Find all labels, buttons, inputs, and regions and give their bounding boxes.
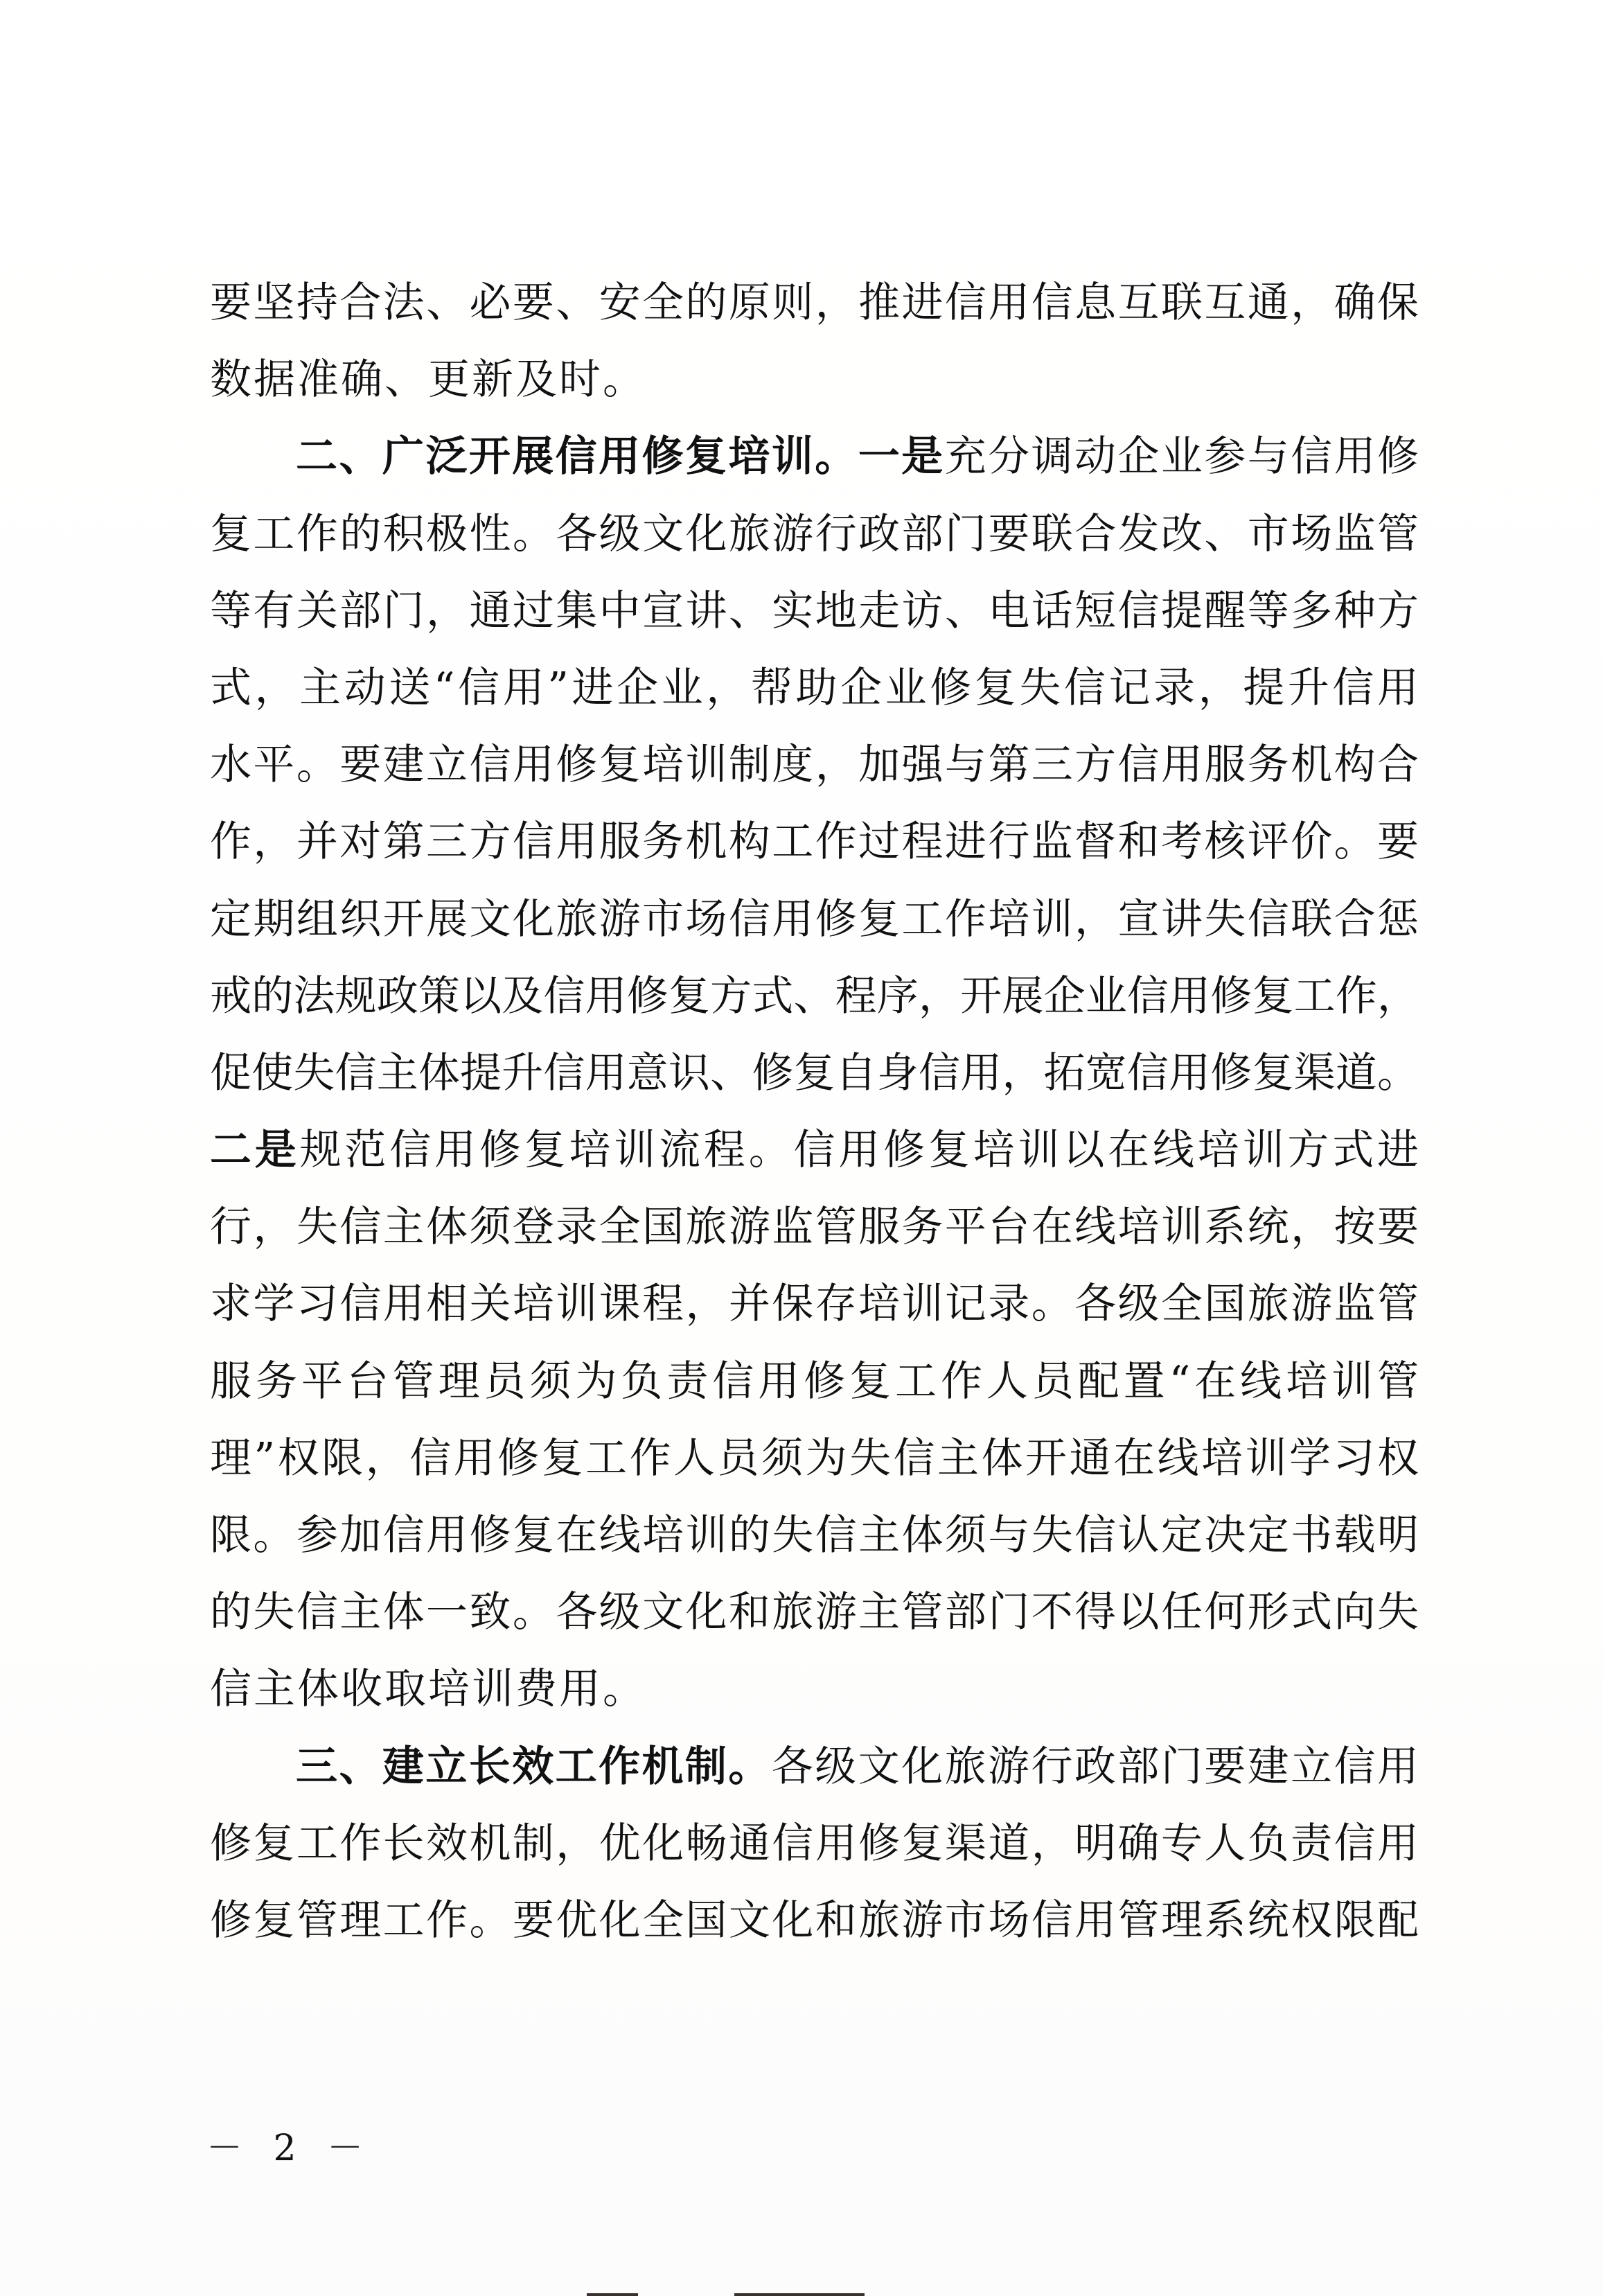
line-text: 数据准确、更新及时。: [210, 355, 646, 404]
text-line-21: 修复工作长效机制，优化畅通信用修复渠道，明确专人负责信用: [210, 1805, 1419, 1882]
text-line-7: 水平。要建立信用修复培训制度，加强与第三方信用服务机构合: [210, 727, 1419, 804]
text-line-14: 求学习信用相关培训课程，并保存培训记录。各级全国旅游监管: [210, 1266, 1419, 1343]
line-text: 行，失信主体须登录全国旅游监管服务平台在线培训系统，按要: [210, 1203, 1419, 1251]
scan-edge-artifact: [734, 2293, 865, 2296]
line-text: 限。参加信用修复在线培训的失信主体须与失信认定决定书载明: [210, 1511, 1419, 1560]
page-number: － 2 －: [206, 2119, 373, 2171]
line-text: 各级文化旅游行政部门要建立信用: [772, 1742, 1419, 1791]
line-text: 修复工作长效机制，优化畅通信用修复渠道，明确专人负责信用: [210, 1819, 1419, 1868]
text-line-17: 限。参加信用修复在线培训的失信主体须与失信认定决定书载明: [210, 1497, 1419, 1574]
line-text: 戒的法规政策以及信用修复方式、程序，开展企业信用修复工作，: [210, 972, 1419, 1021]
line-text: 促使失信主体提升信用意识、修复自身信用，拓宽信用修复渠道。: [210, 1049, 1419, 1097]
line-text: 服务平台管理员须为负责信用修复工作人员配置“在线培训管: [210, 1357, 1419, 1406]
section-heading-2-line: 二、广泛开展信用修复培训。一是充分调动企业参与信用修: [210, 418, 1419, 495]
text-line-22: 修复管理工作。要优化全国文化和旅游市场信用管理系统权限配: [210, 1882, 1419, 1959]
text-line-10: 戒的法规政策以及信用修复方式、程序，开展企业信用修复工作，: [210, 958, 1419, 1035]
text-line-1: 要坚持合法、必要、安全的原则，推进信用信息互联互通，确保: [210, 265, 1419, 342]
document-page: 要坚持合法、必要、安全的原则，推进信用信息互联互通，确保 数据准确、更新及时。 …: [0, 0, 1603, 2296]
line-text: 充分调动企业参与信用修: [945, 432, 1419, 481]
line-text: 复工作的积极性。各级文化旅游行政部门要联合发改、市场监管: [210, 510, 1419, 558]
section-heading-2: 二、广泛开展信用修复培训。: [296, 432, 858, 481]
line-text: 式，主动送“信用”进企业，帮助企业修复失信记录，提升信用: [210, 664, 1419, 712]
section-heading-3: 三、建立长效工作机制。: [296, 1742, 772, 1791]
line-text: 信主体收取培训费用。: [210, 1665, 646, 1713]
text-line-6: 式，主动送“信用”进企业，帮助企业修复失信记录，提升信用: [210, 650, 1419, 727]
text-line-9: 定期组织开展文化旅游市场信用修复工作培训，宣讲失信联合惩: [210, 881, 1419, 958]
text-line-8: 作，并对第三方信用服务机构工作过程进行监督和考核评价。要: [210, 804, 1419, 881]
text-line-15: 服务平台管理员须为负责信用修复工作人员配置“在线培训管: [210, 1343, 1419, 1420]
line-text: 理”权限，信用修复工作人员须为失信主体开通在线培训学习权: [210, 1434, 1419, 1483]
text-line-4: 复工作的积极性。各级文化旅游行政部门要联合发改、市场监管: [210, 496, 1419, 573]
text-line-13: 行，失信主体须登录全国旅游监管服务平台在线培训系统，按要: [210, 1189, 1419, 1266]
line-text: 的失信主体一致。各级文化和旅游主管部门不得以任何形式向失: [210, 1588, 1419, 1636]
line-text: 规范信用修复培训流程。信用修复培训以在线培训方式进: [300, 1126, 1419, 1174]
text-line-16: 理”权限，信用修复工作人员须为失信主体开通在线培训学习权: [210, 1420, 1419, 1497]
lead-phrase-second: 二是: [210, 1126, 300, 1174]
line-text: 求学习信用相关培训课程，并保存培训记录。各级全国旅游监管: [210, 1280, 1419, 1328]
line-text: 定期组织开展文化旅游市场信用修复工作培训，宣讲失信联合惩: [210, 895, 1419, 944]
line-text: 修复管理工作。要优化全国文化和旅游市场信用管理系统权限配: [210, 1896, 1419, 1945]
line-text: 作，并对第三方信用服务机构工作过程进行监督和考核评价。要: [210, 818, 1419, 866]
section-heading-3-line: 三、建立长效工作机制。各级文化旅游行政部门要建立信用: [210, 1729, 1419, 1805]
line-text: 要坚持合法、必要、安全的原则，推进信用信息互联互通，确保: [210, 279, 1419, 327]
text-line-11: 促使失信主体提升信用意识、修复自身信用，拓宽信用修复渠道。: [210, 1035, 1419, 1112]
scan-edge-artifact: [587, 2293, 638, 2296]
text-line-5: 等有关部门，通过集中宣讲、实地走访、电话短信提醒等多种方: [210, 573, 1419, 650]
text-line-12: 二是规范信用修复培训流程。信用修复培训以在线培训方式进: [210, 1112, 1419, 1189]
lead-phrase-first: 一是: [858, 432, 945, 481]
line-text: 水平。要建立信用修复培训制度，加强与第三方信用服务机构合: [210, 741, 1419, 789]
text-line-19: 信主体收取培训费用。: [210, 1651, 1419, 1728]
document-body: 要坚持合法、必要、安全的原则，推进信用信息互联互通，确保 数据准确、更新及时。 …: [210, 265, 1419, 1959]
text-line-18: 的失信主体一致。各级文化和旅游主管部门不得以任何形式向失: [210, 1574, 1419, 1651]
text-line-2: 数据准确、更新及时。: [210, 342, 1419, 418]
line-text: 等有关部门，通过集中宣讲、实地走访、电话短信提醒等多种方: [210, 587, 1419, 635]
